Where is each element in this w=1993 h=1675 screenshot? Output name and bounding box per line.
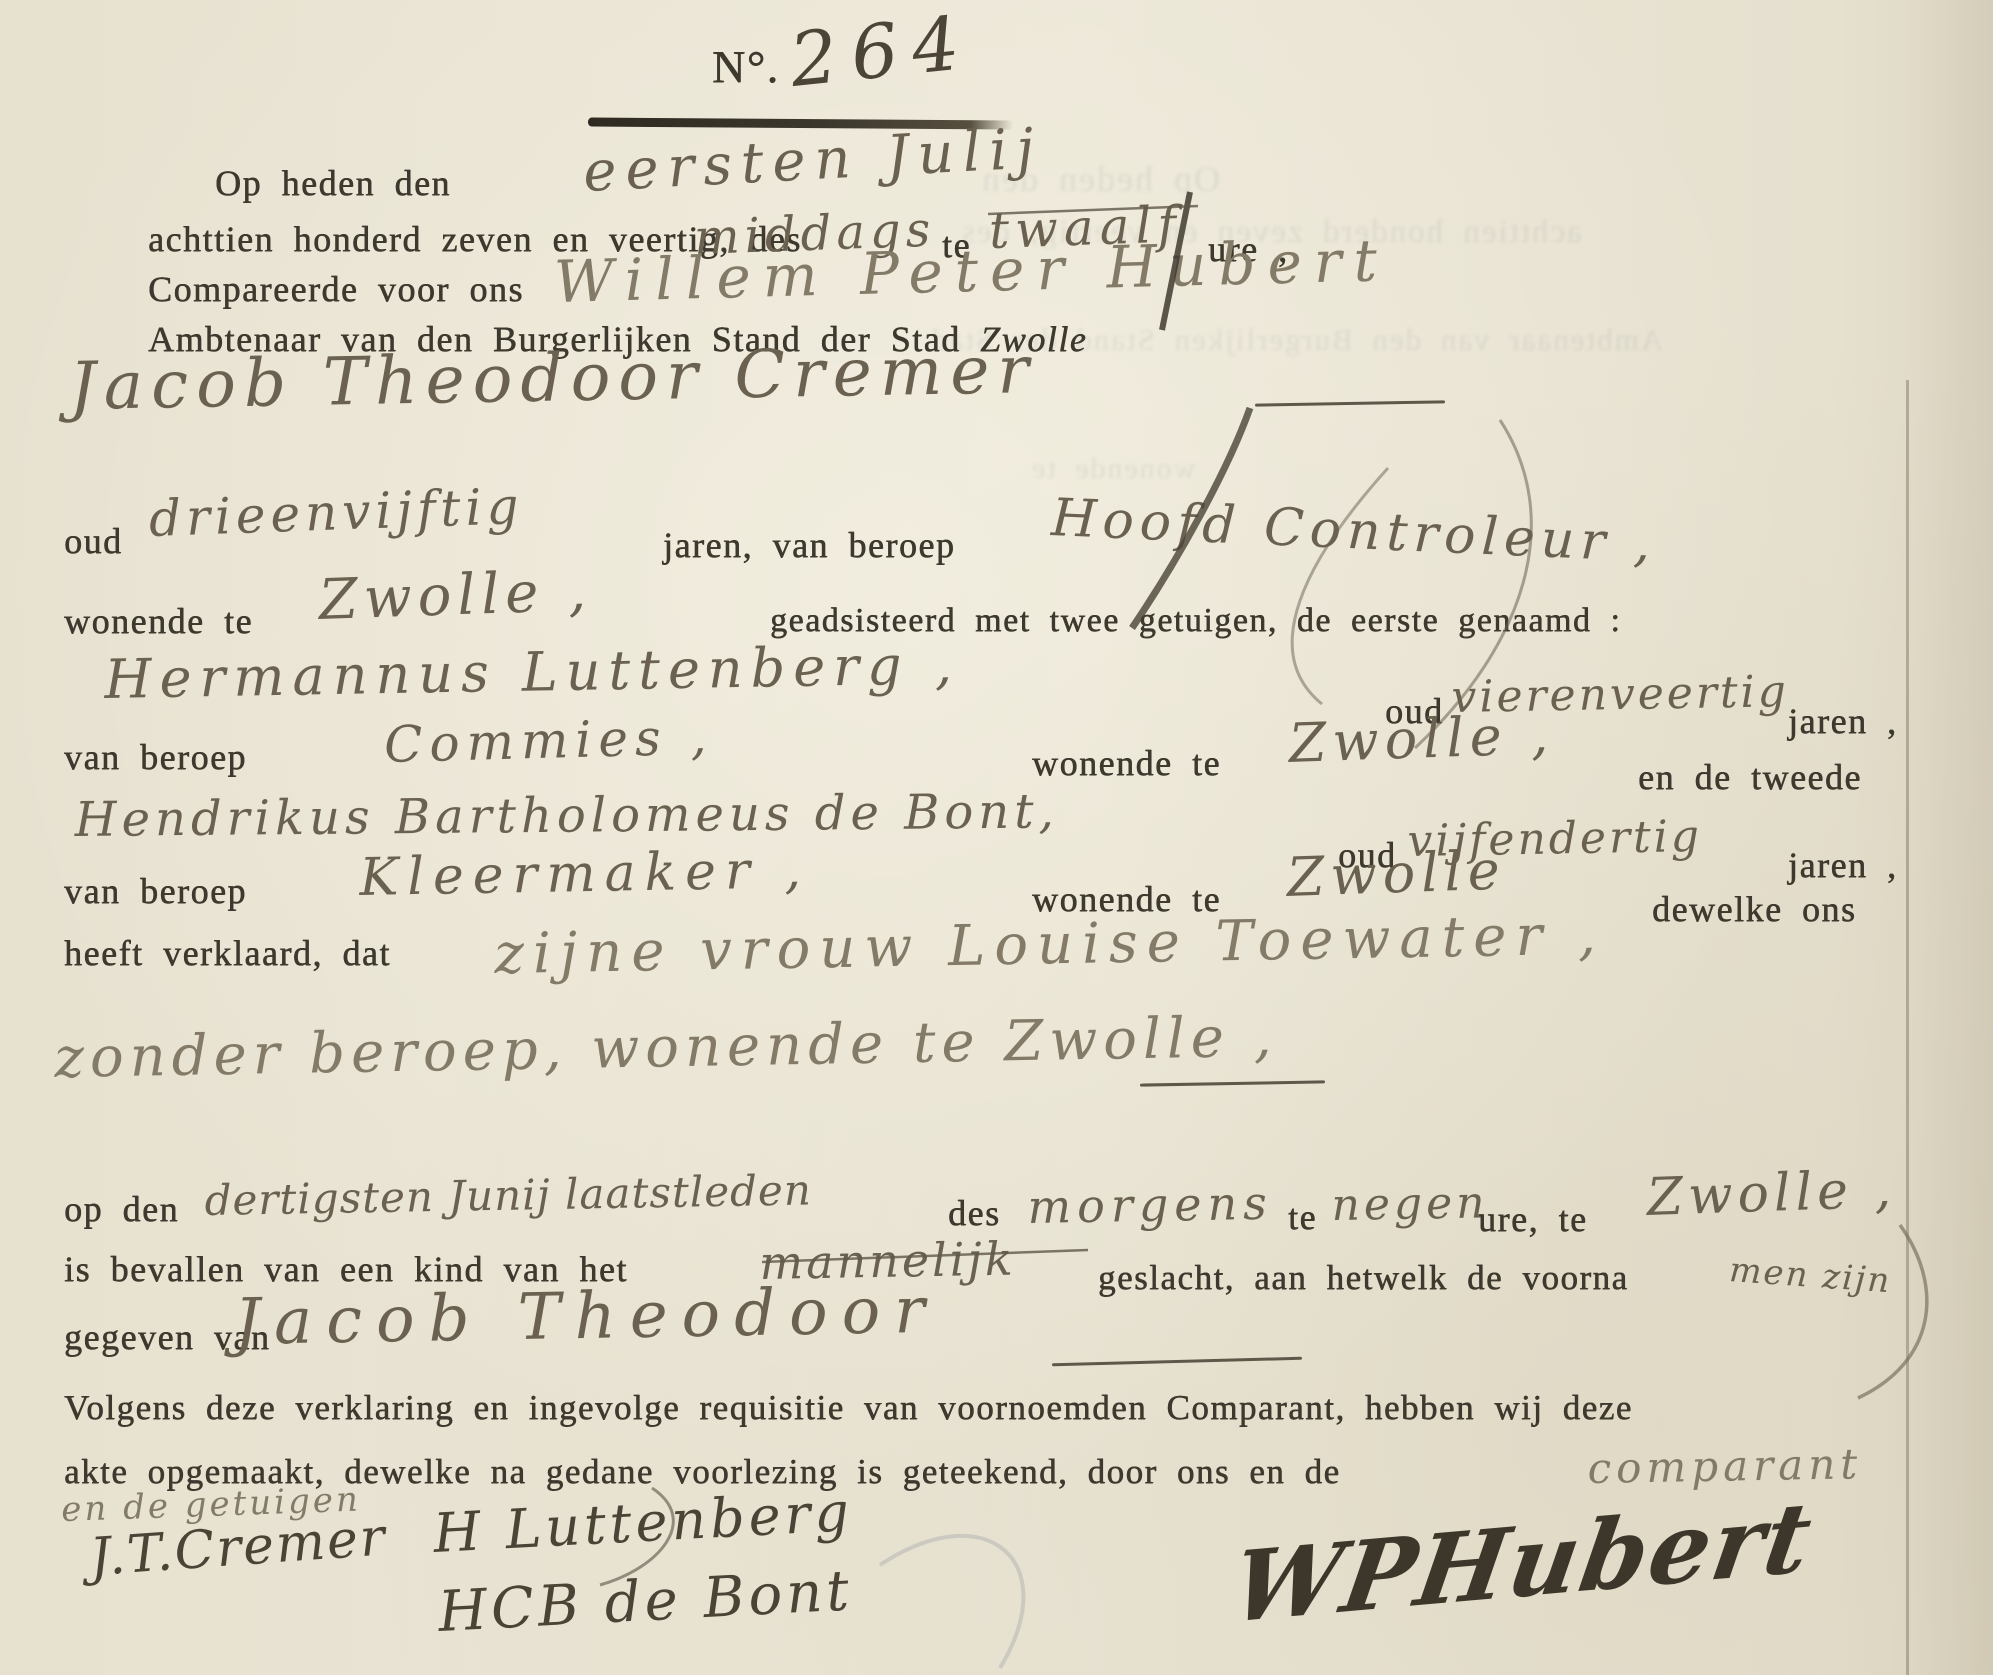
hw-witness1-beroep: Commies , bbox=[383, 707, 714, 774]
hw-witness2-name: Hendrikus Bartholomeus de Bont, bbox=[75, 783, 1059, 848]
filler-dash bbox=[1255, 400, 1445, 406]
bleed-through-line: wonende te bbox=[1030, 452, 1195, 486]
printed-wonende-2: wonende te bbox=[1032, 742, 1221, 784]
document-page: Op heden den achttien honderd zeven en v… bbox=[0, 0, 1993, 1675]
printed-van-beroep-2: van beroep bbox=[64, 870, 247, 912]
hw-moeder-vervolg: zonder beroep, wonende te Zwolle , bbox=[54, 1005, 1278, 1091]
page-edge-shade bbox=[1909, 0, 1993, 1675]
hw-comparant-beroep: Hoofd Controleur , bbox=[1050, 488, 1658, 574]
hw-geboortedatum: dertigsten Junij laatstleden bbox=[204, 1165, 812, 1225]
printed-en-de-tweede: en de tweede bbox=[1638, 756, 1862, 798]
printed-op-heden: Op heden den bbox=[215, 162, 451, 204]
filler-dash bbox=[1140, 1080, 1325, 1086]
hw-voornamen-rest: men zijn bbox=[1728, 1250, 1893, 1301]
printed-wonende-1: wonende te bbox=[64, 600, 253, 642]
hw-witness1-name: Hermannus Luttenberg , bbox=[104, 633, 960, 711]
printed-ure-te: ure, te bbox=[1478, 1198, 1587, 1240]
hw-uur-2: negen bbox=[1331, 1177, 1489, 1231]
doc-number-value: 264 bbox=[786, 0, 977, 104]
hw-dagdeel-2: morgens bbox=[1027, 1176, 1273, 1234]
hw-comparant-word: comparant bbox=[1587, 1439, 1862, 1493]
printed-jaren-3: jaren , bbox=[1788, 844, 1897, 886]
printed-heeft-verklaard: heeft verklaard, dat bbox=[64, 932, 391, 974]
hw-geboorteplaats: Zwolle , bbox=[1646, 1159, 1897, 1228]
hw-date-day: eersten Julij bbox=[582, 116, 1045, 205]
hw-comparant-age: drieenvijftig bbox=[148, 477, 524, 548]
hw-witness1-woonplaats: Zwolle , bbox=[1288, 703, 1555, 775]
signature-official: WPHubert bbox=[1225, 1479, 1821, 1645]
hw-comparant-woonplaats: Zwolle , bbox=[318, 559, 593, 633]
hw-moeder: zijne vrouw Louise Toewater , bbox=[494, 903, 1605, 987]
printed-oud-1: oud bbox=[64, 520, 123, 562]
hw-witness2-beroep: Kleermaker , bbox=[359, 840, 810, 908]
signature-witness2: HCB de Bont bbox=[437, 1558, 855, 1645]
signature-witness1: H Luttenberg bbox=[432, 1480, 855, 1565]
printed-jaren-van-beroep: jaren, van beroep bbox=[663, 524, 955, 566]
printed-op-den: op den bbox=[64, 1188, 179, 1230]
hw-kind-voornamen: Jacob Theodoor bbox=[234, 1274, 940, 1360]
printed-des: des bbox=[948, 1192, 1001, 1234]
printed-compareerde: Compareerde voor ons bbox=[148, 268, 524, 310]
printed-jaren-2: jaren , bbox=[1788, 700, 1897, 742]
printed-geslacht: geslacht, aan hetwelk de voorna bbox=[1098, 1258, 1629, 1298]
printed-dewelke-ons: dewelke ons bbox=[1652, 888, 1856, 930]
printed-te-2: te bbox=[1288, 1196, 1317, 1238]
printed-volgens: Volgens deze verklaring en ingevolge req… bbox=[64, 1388, 1633, 1428]
filler-dash bbox=[1052, 1357, 1302, 1367]
doc-number-label: N°. bbox=[712, 40, 780, 93]
hw-witness2-woonplaats: Zwolle bbox=[1286, 838, 1507, 909]
printed-van-beroep-1: van beroep bbox=[64, 736, 247, 778]
hw-comparant-name: Jacob Theodoor Cremer bbox=[69, 331, 1038, 425]
